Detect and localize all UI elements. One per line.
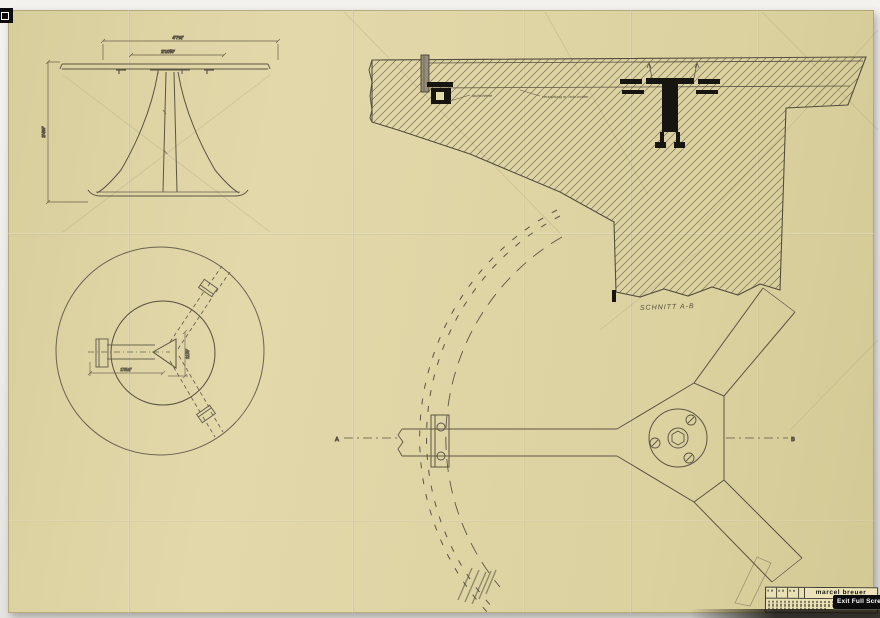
fold-crease (8, 233, 874, 235)
viewer-canvas: { "viewer": { "exit_button_label": "Exit… (0, 0, 880, 618)
stamp-cell (766, 588, 777, 598)
exit-fullscreen-button[interactable]: Exit Full Scre (833, 595, 880, 609)
stamp-cell (788, 588, 799, 598)
stamp-cell (777, 588, 788, 598)
titleblock-stamp-grid (766, 588, 805, 598)
fold-crease (630, 10, 632, 613)
fold-crease (128, 10, 130, 613)
drawing-sheet (8, 10, 874, 613)
fold-crease (8, 520, 874, 522)
viewer-corner-icon[interactable] (0, 8, 13, 23)
fold-crease (523, 10, 525, 613)
fullscreen-icon (1, 12, 9, 20)
fold-crease (757, 10, 759, 613)
fold-crease (352, 10, 354, 613)
photo-shadow (690, 609, 880, 618)
